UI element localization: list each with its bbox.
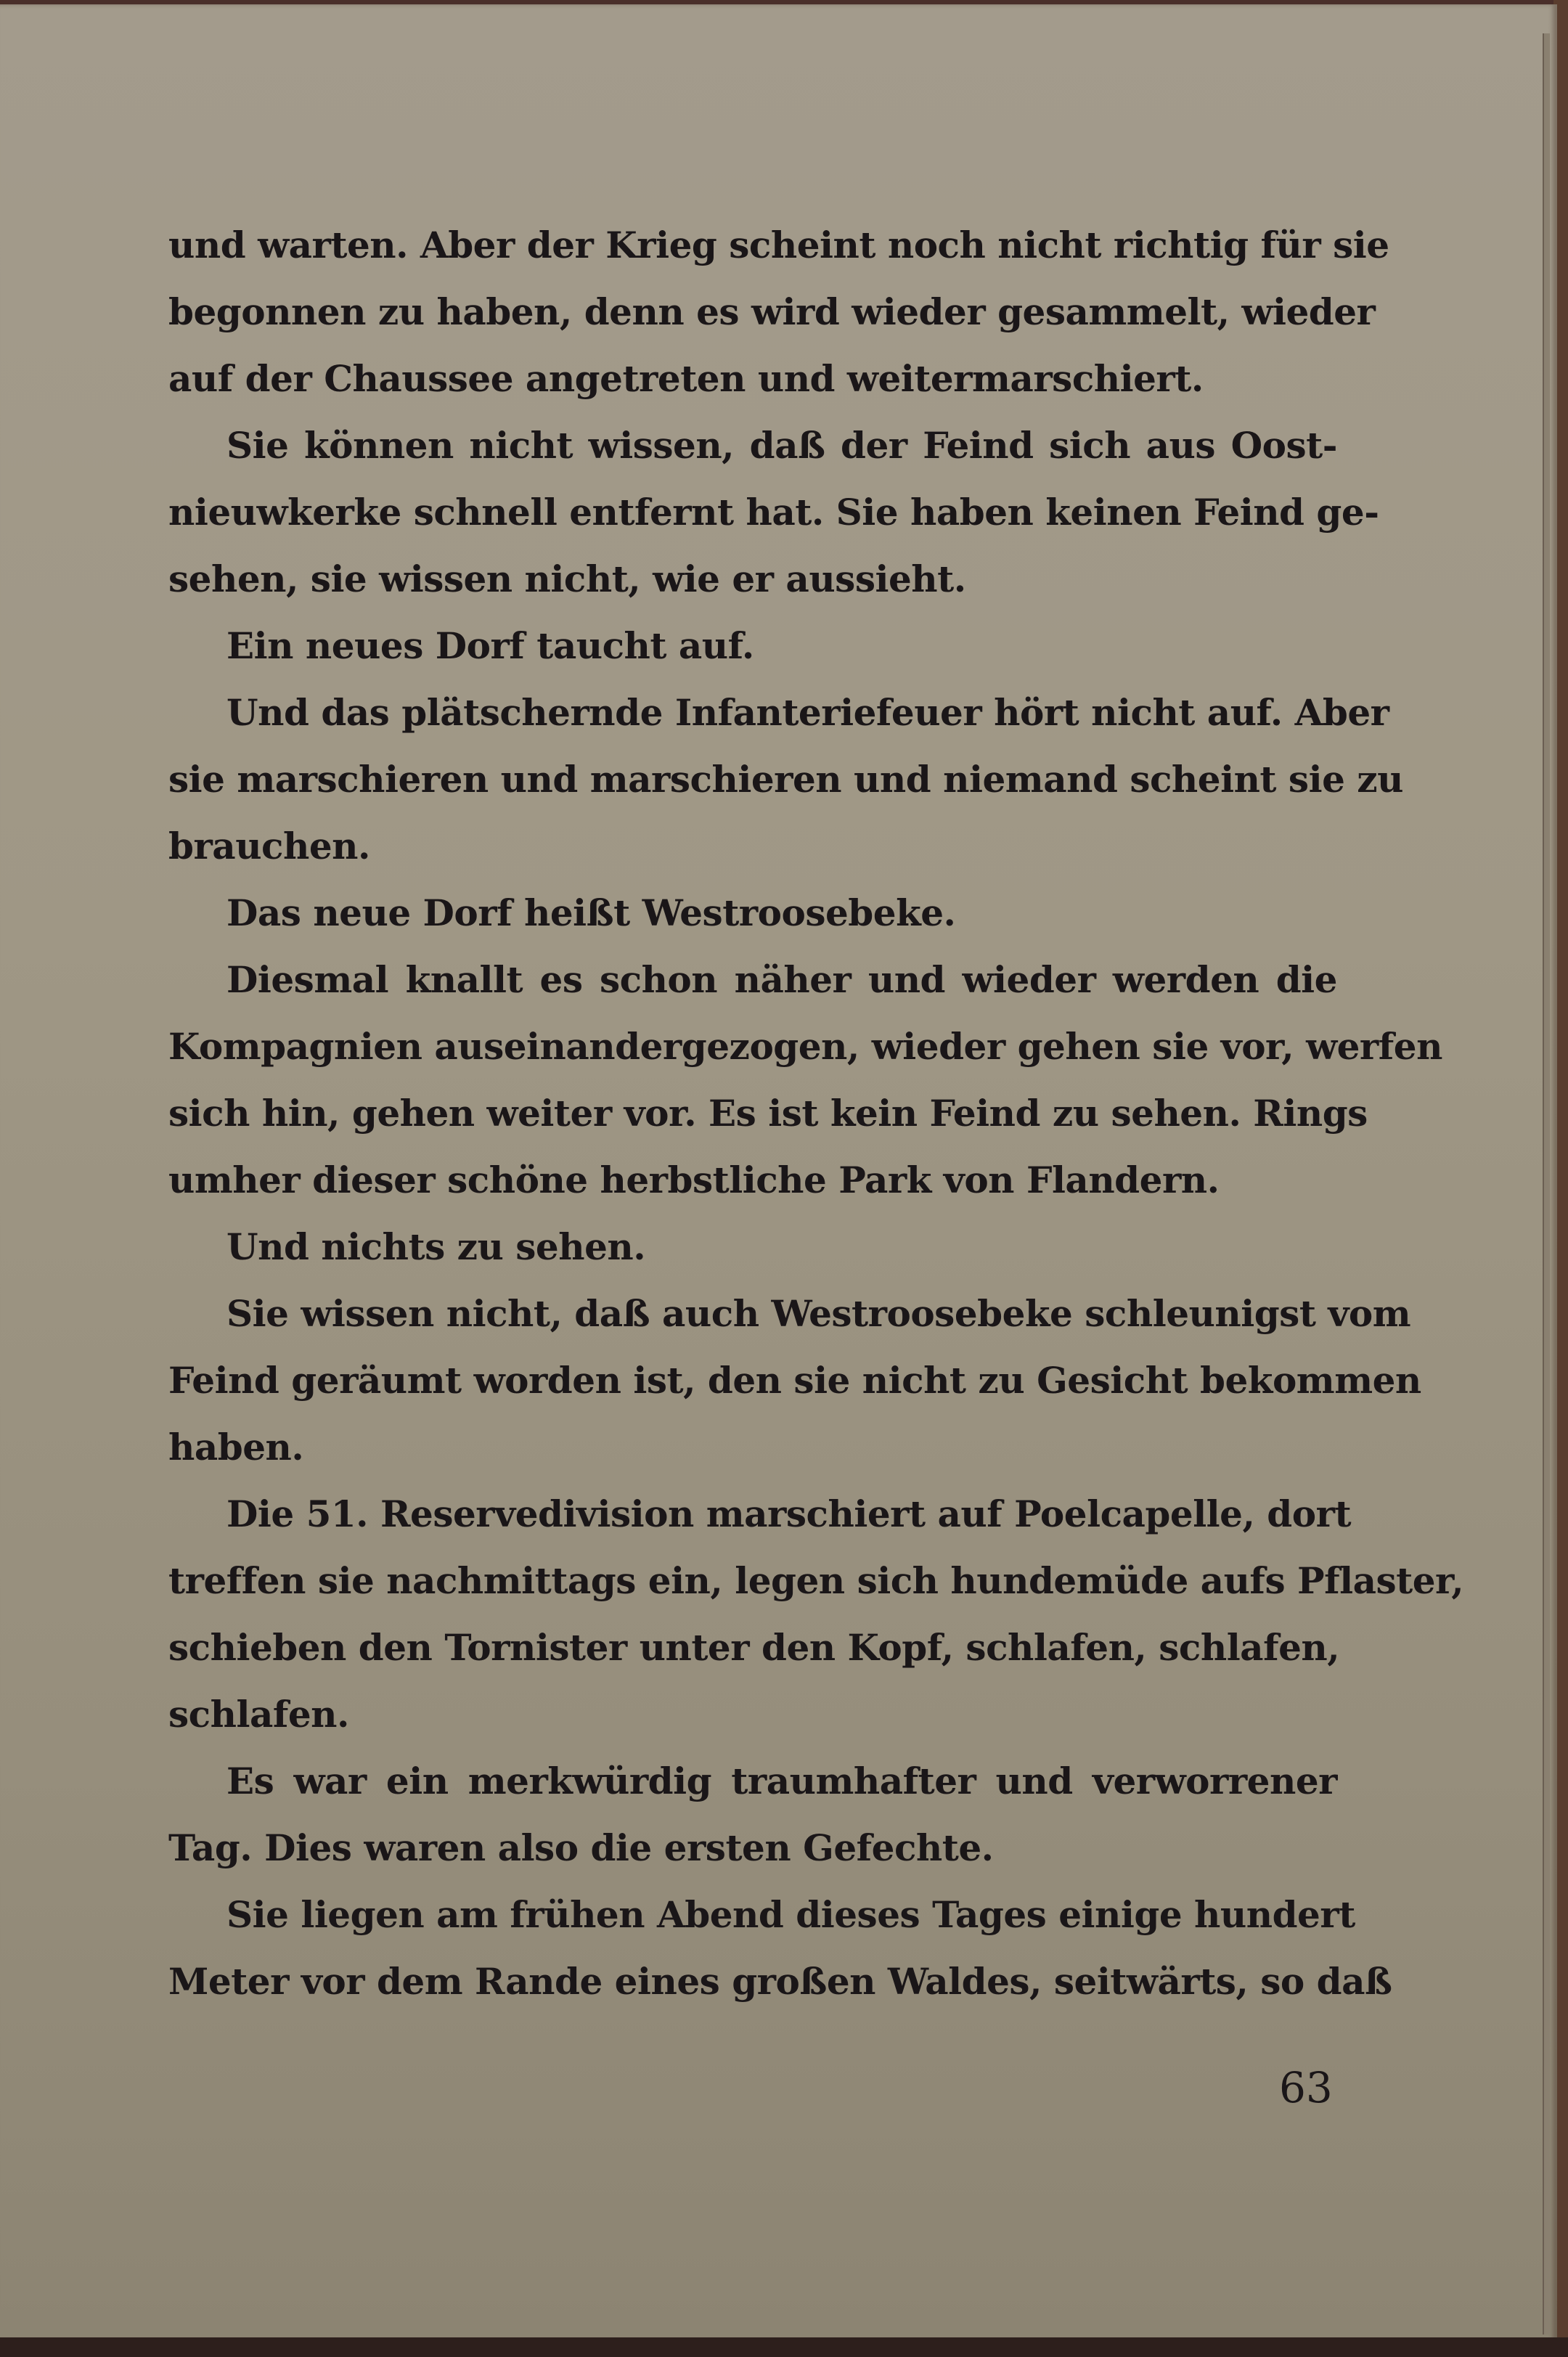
page-number: 63	[1279, 2063, 1333, 2112]
text-line: Sie liegen am frühen Abend dieses Tages …	[168, 1882, 1337, 1948]
text-line: auf der Chaussee angetreten und weiterma…	[168, 346, 1337, 412]
text-line: haben.	[168, 1414, 1337, 1481]
page-edge-shadow	[1543, 33, 1550, 2334]
text-line: treffen sie nachmittags ein, legen sich …	[168, 1548, 1337, 1614]
text-line: Die 51. Reservedivision marschiert auf P…	[168, 1481, 1337, 1548]
text-line: Feind geräumt worden ist, den sie nicht …	[168, 1347, 1337, 1414]
text-line: Und nichts zu sehen.	[168, 1214, 1337, 1280]
text-line: begonnen zu haben, denn es wird wieder g…	[168, 279, 1337, 346]
text-line: Ein neues Dorf taucht auf.	[168, 613, 1337, 679]
text-line: schlafen.	[168, 1681, 1337, 1748]
text-line: Das neue Dorf heißt Westroosebeke.	[168, 880, 1337, 947]
text-line: Es war ein merkwürdig traumhafter und ve…	[168, 1748, 1337, 1815]
text-line: brauchen.	[168, 813, 1337, 880]
text-line: Sie können nicht wissen, daß der Feind s…	[168, 412, 1337, 479]
book-bottom-edge	[0, 2337, 1568, 2357]
text-line: Kompagnien auseinandergezogen, wieder ge…	[168, 1013, 1337, 1080]
text-line: schieben den Tornister unter den Kopf, s…	[168, 1614, 1337, 1681]
text-line: Diesmal knallt es schon näher und wieder…	[168, 947, 1337, 1013]
text-line: sehen, sie wissen nicht, wie er aussieht…	[168, 546, 1337, 613]
text-line: sie marschieren und marschieren und niem…	[168, 746, 1337, 813]
text-line: Meter vor dem Rande eines großen Waldes,…	[168, 1948, 1337, 2015]
body-text: und warten. Aber der Krieg scheint noch …	[168, 212, 1337, 2015]
text-line: Tag. Dies waren also die ersten Gefechte…	[168, 1815, 1337, 1882]
text-line: umher dieser schöne herbstliche Park von…	[168, 1147, 1337, 1214]
text-line: Sie wissen nicht, daß auch Westroosebeke…	[168, 1280, 1337, 1347]
text-line: sich hin, gehen weiter vor. Es ist kein …	[168, 1080, 1337, 1147]
text-line: nieuwkerke schnell entfernt hat. Sie hab…	[168, 479, 1337, 546]
text-line: Und das plätschernde Infanteriefeuer hör…	[168, 679, 1337, 746]
text-line: und warten. Aber der Krieg scheint noch …	[168, 212, 1337, 279]
